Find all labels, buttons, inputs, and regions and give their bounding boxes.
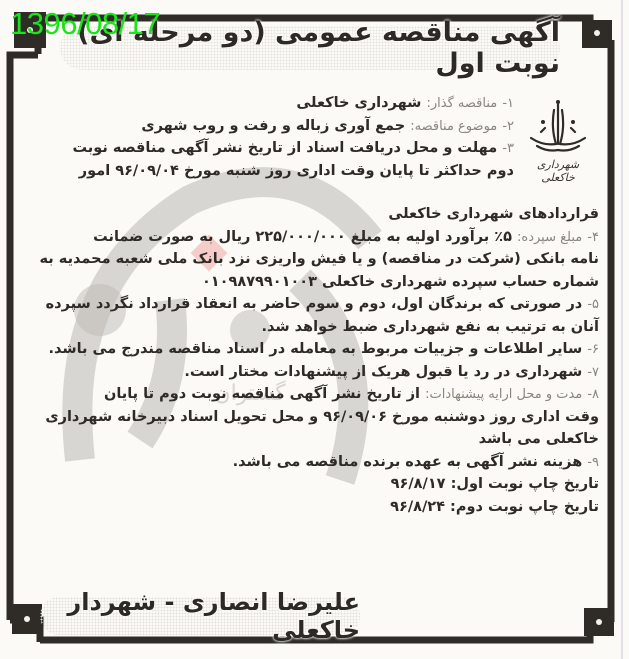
item-4-line-2: نامه بانکی (شرکت در مناقصه) و یا فیش وار… <box>44 248 599 271</box>
print-date-first: تاریخ چاپ نوبت اول: ۹۶/۸/۱۷ <box>44 473 599 496</box>
item-1: ۱- مناقصه گذار: شهرداری خاکعلی <box>44 92 514 115</box>
item-4-line-1: ۴- مبلغ سپرده: ۵٪ برآورد اولیه به مبلغ ۲… <box>44 226 599 249</box>
notice-items-top: ۱- مناقصه گذار: شهرداری خاکعلی ۲- موضوع … <box>44 92 514 182</box>
item-3-line-3: قراردادهای شهرداری خاکعلی <box>44 203 599 226</box>
item-8-line-1: ۸- مدت و محل ارایه پیشنهادات: از تاریخ ن… <box>44 383 599 406</box>
item-8-line-2: وقت اداری روز دوشنبه مورخ ۹۶/۰۹/۰۶ و محل… <box>44 406 599 429</box>
item-3-line-2: دوم حداکثر تا پایان وقت اداری روز شنبه م… <box>44 160 514 183</box>
item-6: ۶- سایر اطلاعات و جزییات مربوط به معامله… <box>44 338 599 361</box>
print-date-second: تاریخ چاپ نوبت دوم: ۹۶/۸/۲۴ <box>44 496 599 519</box>
item-5-line-2: آنان به ترتیب به نفع شهرداری ضبط خواهد ش… <box>44 316 599 339</box>
item-7: ۷- شهرداری در رد یا قبول هریک از پیشنهاد… <box>44 361 599 384</box>
item-2: ۲- موضوع مناقصه: جمع آوری زباله و رفت و … <box>44 115 514 138</box>
item-5-line-1: ۵- در صورتی که برندگان اول، دوم و سوم حا… <box>44 293 599 316</box>
logo-caption: شهرداری خاکعلی <box>522 158 594 184</box>
signature: علیرضا انصاری - شهردار خاکعلی <box>40 597 360 635</box>
item-8-line-3: خاکعلی می باشد <box>44 428 599 451</box>
notice-items-main: قراردادهای شهرداری خاکعلی ۴- مبلغ سپرده:… <box>44 203 599 518</box>
date-stamp: 1396/08/17 <box>10 6 160 42</box>
item-3-line-1: ۳- مهلت و محل دریافت اسناد از تاریخ نشر … <box>44 137 514 160</box>
item-9: ۹- هزینه نشر آگهی به عهده برنده مناقصه م… <box>44 451 599 474</box>
item-4-line-3: شماره حساب سپرده شهرداری خاکعلی ۰۱۰۹۸۷۹۹… <box>44 271 599 294</box>
